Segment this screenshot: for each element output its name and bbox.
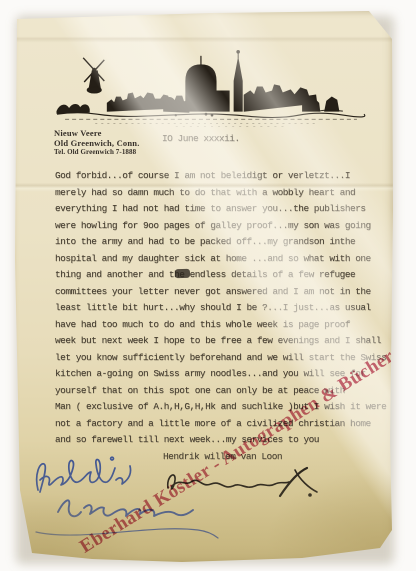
body-line: thing and another and the endless detail… — [55, 267, 386, 284]
veere-skyline-illustration — [55, 40, 367, 130]
body-line: everything I had not had time to answer … — [55, 201, 386, 218]
body-line: week but next week I hope to be free a f… — [55, 333, 386, 350]
body-line: were howling for 9oo pages of galley pro… — [55, 218, 386, 235]
letter-body: God forbid...of course I am not beleidig… — [55, 168, 386, 449]
body-line: hospital and my daughter sick at home ..… — [55, 251, 386, 268]
letterhead-block: Nieuw Veere Old Greenwich, Conn. Tel. Ol… — [54, 129, 140, 157]
body-line: committees your letter never got answere… — [55, 284, 386, 301]
body-line: least little bit hurt...why should I be … — [55, 300, 386, 317]
body-line: into the army and had to be packed off..… — [55, 234, 386, 251]
body-line: merely had so damn much to do that with … — [55, 185, 386, 202]
letter-date: IO June xxxxii. — [162, 133, 240, 144]
body-line: let you know sufficiently beforehand and… — [55, 350, 386, 367]
body-line: have had too much to do and this whole w… — [55, 317, 386, 334]
body-line: and so farewell till next week...my serv… — [55, 432, 386, 449]
letter-scan-paper: Nieuw Veere Old Greenwich, Conn. Tel. Ol… — [12, 10, 393, 562]
typewriter-overstrike-blot — [175, 269, 190, 279]
body-line: God forbid...of course I am not beleidig… — [55, 168, 386, 185]
body-line: not a factory and a little more of a civ… — [55, 416, 386, 433]
letterhead-telephone: Tel. Old Greenwich 7-1888 — [54, 148, 140, 157]
letterhead-address: Old Greenwich, Conn. — [54, 139, 140, 149]
